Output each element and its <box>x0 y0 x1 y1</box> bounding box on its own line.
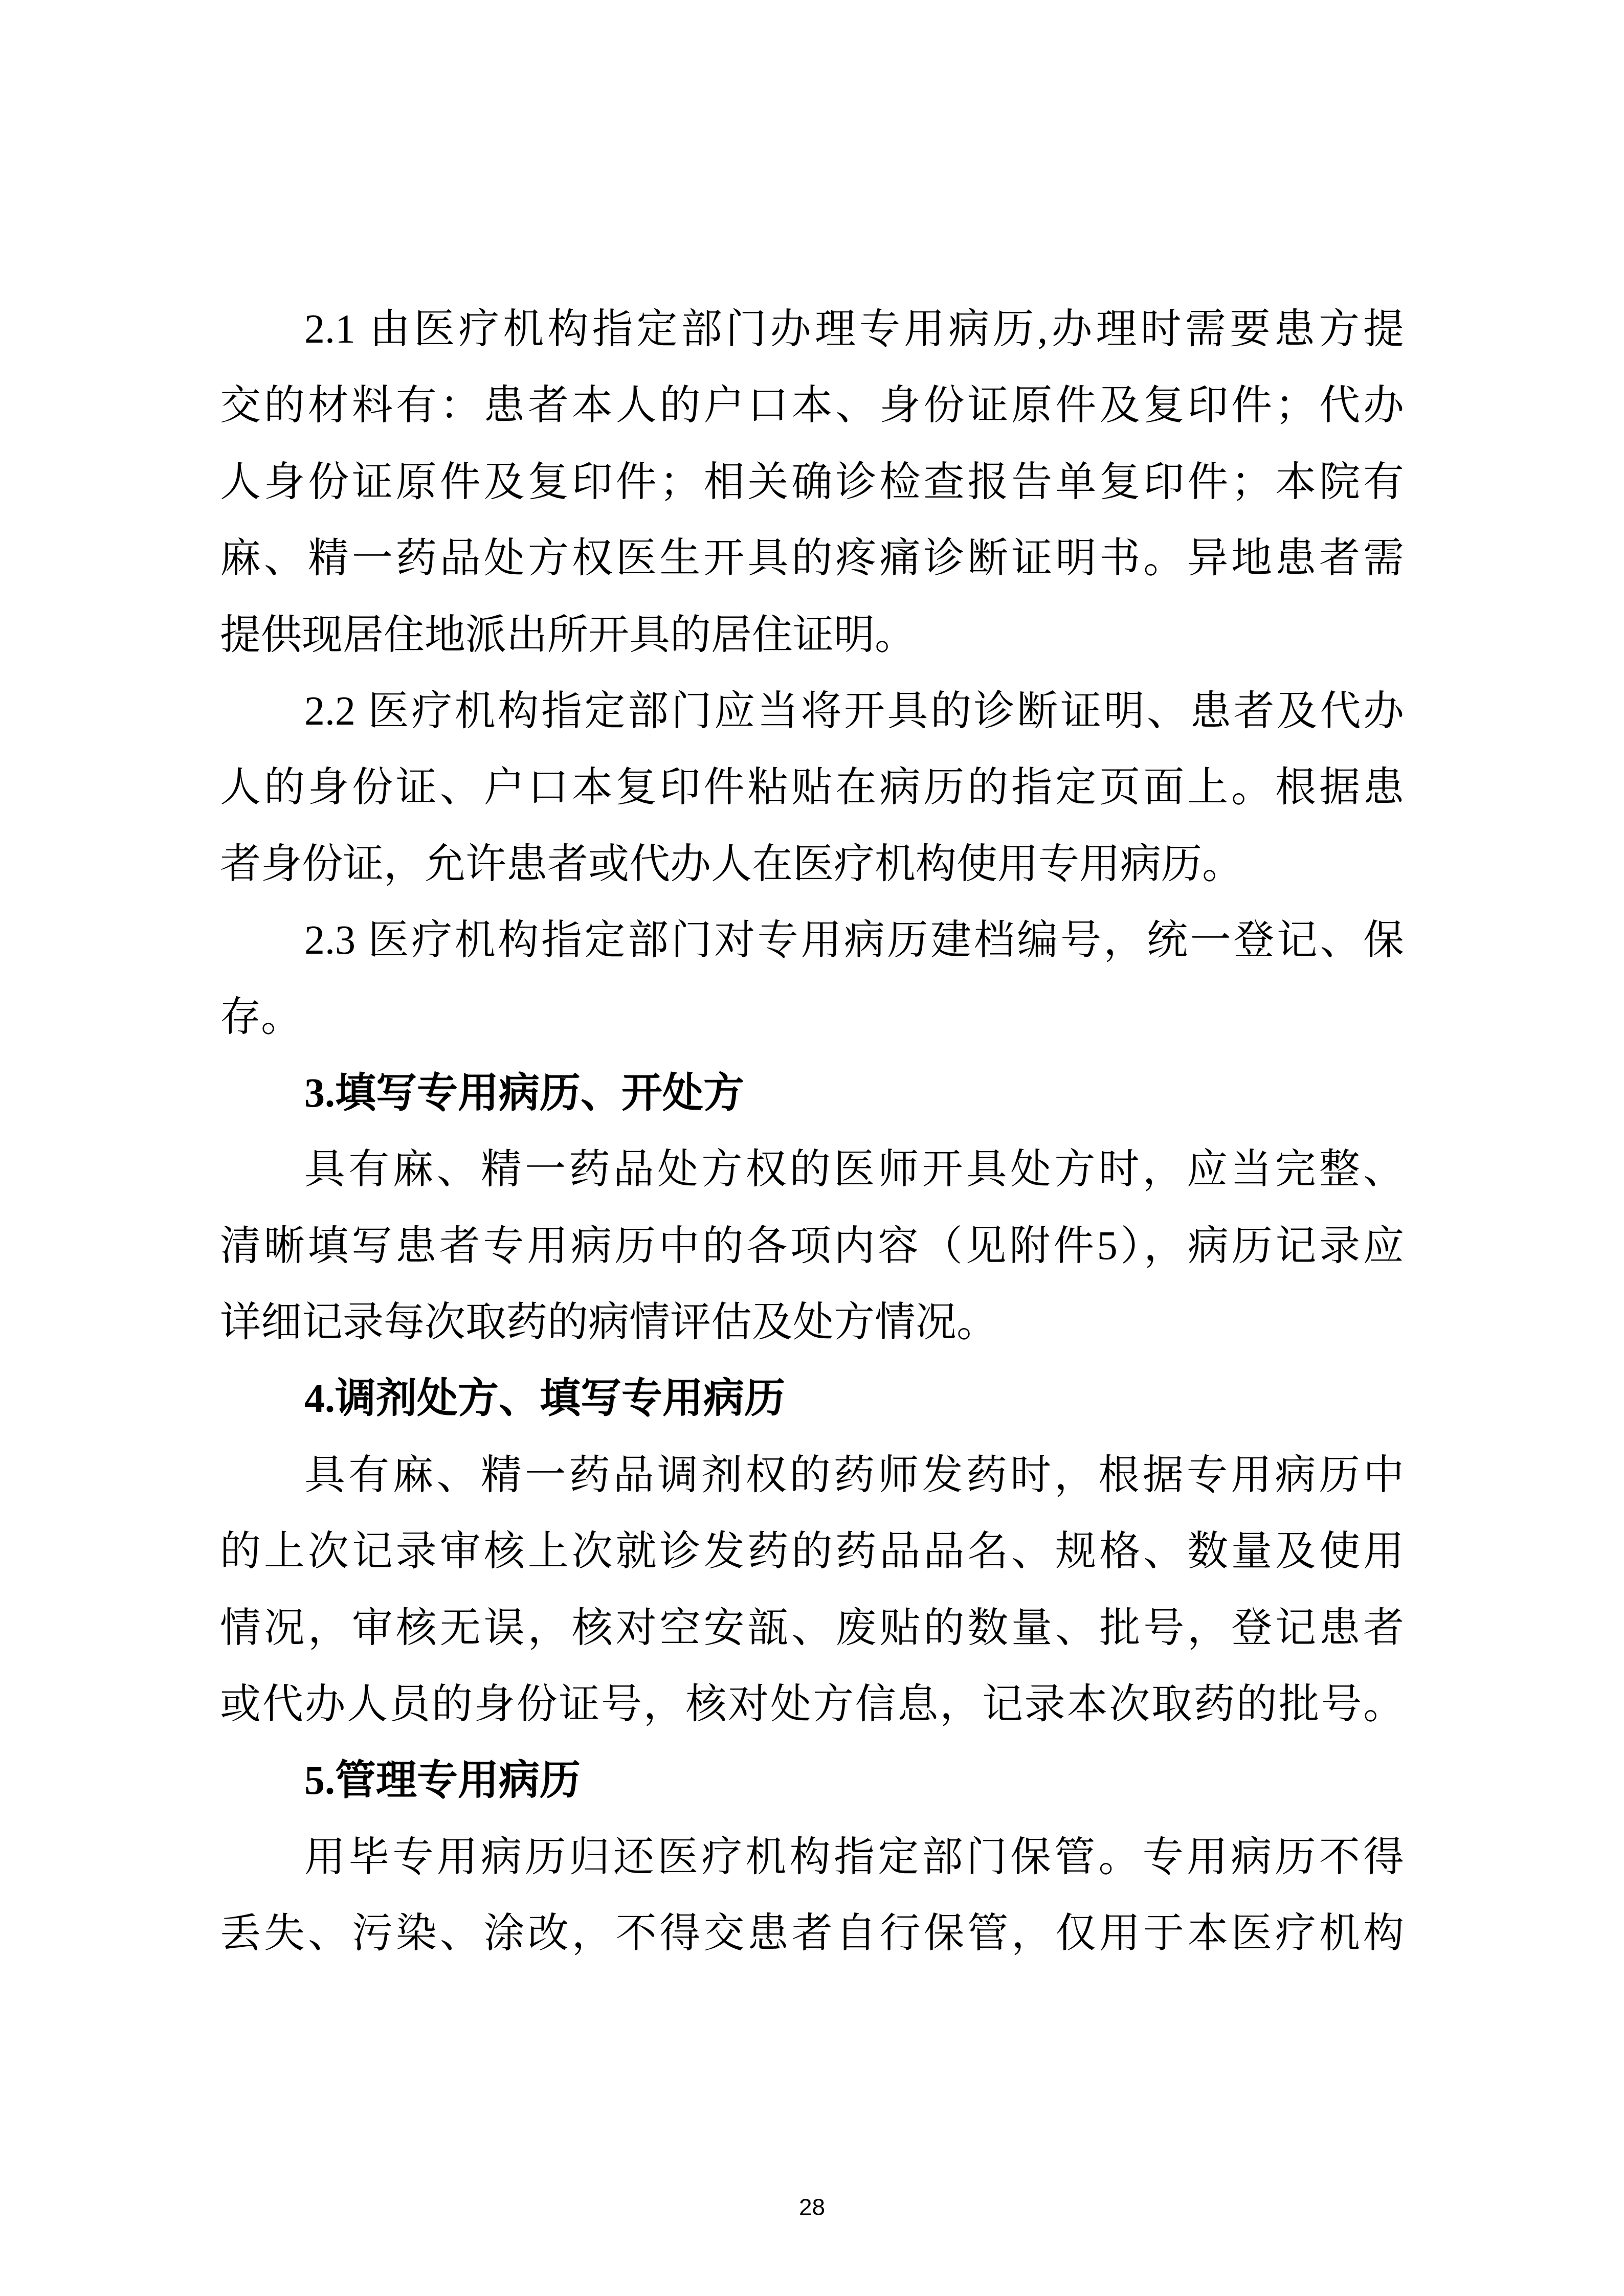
paragraph-2-3-line-1: 2.3 医疗机构指定部门对专用病历建档编号，统一登记、保 <box>220 903 1404 979</box>
paragraph-3-line-1: 具有麻、精一药品处方权的医师开具处方时，应当完整、 <box>220 1132 1404 1208</box>
paragraph-2-2-line-3: 者身份证，允许患者或代办人在医疗机构使用专用病历。 <box>220 826 1404 903</box>
paragraph-5-line-1: 用毕专用病历归还医疗机构指定部门保管。专用病历不得 <box>220 1819 1404 1896</box>
paragraph-2-2-line-2: 人的身份证、户口本复印件粘贴在病历的指定页面上。根据患 <box>220 750 1404 826</box>
document-page: 2.1 由医疗机构指定部门办理专用病历,办理时需要患方提 交的材料有：患者本人的… <box>0 0 1624 2296</box>
paragraph-5-line-2: 丢失、污染、涂改，不得交患者自行保管，仅用于本医疗机构 <box>220 1896 1404 1972</box>
paragraph-2-1-line-2: 交的材料有：患者本人的户口本、身份证原件及复印件；代办 <box>220 368 1404 444</box>
paragraph-2-1-line-4: 麻、精一药品处方权医生开具的疼痛诊断证明书。异地患者需 <box>220 521 1404 597</box>
section-heading-4: 4.调剂处方、填写专用病历 <box>220 1361 1404 1437</box>
paragraph-4-line-4: 或代办人员的身份证号，核对处方信息，记录本次取药的批号。 <box>220 1667 1404 1743</box>
paragraph-3-line-3: 详细记录每次取药的病情评估及处方情况。 <box>220 1285 1404 1361</box>
section-heading-3: 3.填写专用病历、开处方 <box>220 1055 1404 1132</box>
paragraph-4-line-1: 具有麻、精一药品调剂权的药师发药时，根据专用病历中 <box>220 1437 1404 1514</box>
body-text: 2.1 由医疗机构指定部门办理专用病历,办理时需要患方提 交的材料有：患者本人的… <box>220 291 1404 1972</box>
paragraph-2-3-line-2: 存。 <box>220 979 1404 1055</box>
paragraph-2-1-line-3: 人身份证原件及复印件；相关确诊检查报告单复印件；本院有 <box>220 444 1404 521</box>
paragraph-2-2-line-1: 2.2 医疗机构指定部门应当将开具的诊断证明、患者及代办 <box>220 673 1404 750</box>
paragraph-2-1-line-1: 2.1 由医疗机构指定部门办理专用病历,办理时需要患方提 <box>220 291 1404 368</box>
paragraph-4-line-3: 情况，审核无误，核对空安瓿、废贴的数量、批号，登记患者 <box>220 1590 1404 1667</box>
page-number: 28 <box>0 2193 1624 2221</box>
paragraph-4-line-2: 的上次记录审核上次就诊发药的药品品名、规格、数量及使用 <box>220 1514 1404 1590</box>
paragraph-2-1-line-5: 提供现居住地派出所开具的居住证明。 <box>220 597 1404 673</box>
paragraph-3-line-2: 清晰填写患者专用病历中的各项内容（见附件5），病历记录应 <box>220 1208 1404 1285</box>
section-heading-5: 5.管理专用病历 <box>220 1743 1404 1819</box>
